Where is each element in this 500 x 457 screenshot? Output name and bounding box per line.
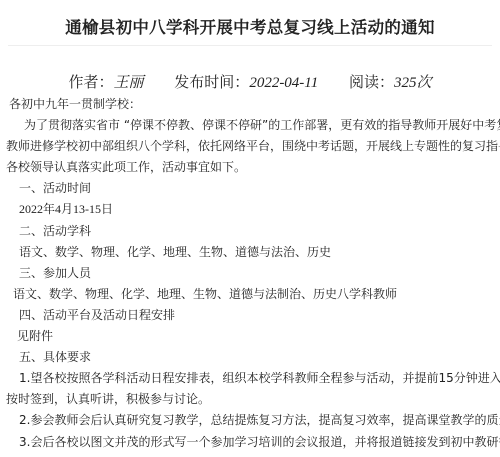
requirement-2: 2.参会教师会后认真研究复习教学，总结提炼复习方法，提高复习效率，提高课堂教学的… bbox=[0, 410, 500, 431]
greeting: 各初中九年一贯制学校： bbox=[0, 94, 500, 115]
section-heading-time: 一、活动时间 bbox=[0, 178, 500, 199]
requirement-1-line: 按时签到，认真听讲，积极参与讨论。 bbox=[0, 389, 500, 410]
section-content-attachment: 见附件 bbox=[0, 326, 500, 347]
article-meta: 作者：王丽 发布时间：2022-04-11 阅读：325次 bbox=[0, 71, 500, 92]
title-divider bbox=[8, 45, 492, 46]
date-label: 发布时间： bbox=[174, 73, 249, 91]
section-content-subjects: 语文、数学、物理、化学、地理、生物、道德与法治、历史 bbox=[0, 242, 500, 263]
article-title: 通榆县初中八学科开展中考总复习线上活动的通知 bbox=[0, 14, 500, 38]
requirement-3: 3.会后各校以图文并茂的形式写一个参加学习培训的会议报道，并将报道链接发到初中教… bbox=[0, 432, 500, 453]
section-heading-participants: 三、参加人员 bbox=[0, 263, 500, 284]
section-heading-requirements: 五、具体要求 bbox=[0, 347, 500, 368]
intro-paragraph-line: 为了贯彻落实省市 “停课不停教、停课不停研”的工作部署，更有效的指导教师开展好中… bbox=[0, 115, 500, 136]
requirement-1-line: 1.望各校按照各学科活动日程安排表，组织本校学科教师全程参与活动，并提前15分钟… bbox=[0, 368, 500, 389]
section-heading-subjects: 二、活动学科 bbox=[0, 221, 500, 242]
read-count: 325次 bbox=[394, 75, 432, 91]
intro-paragraph-line: 教师进修学校初中部组织八个学科，依托网络平台，围绕中考话题，开展线上专题性的复习… bbox=[0, 136, 500, 157]
article-body: 各初中九年一贯制学校： 为了贯彻落实省市 “停课不停教、停课不停研”的工作部署，… bbox=[0, 94, 500, 453]
intro-paragraph-line: 各校领导认真落实此项工作，活动事宜如下。 bbox=[0, 157, 500, 178]
author-label: 作者： bbox=[68, 73, 113, 91]
publish-date: 2022-04-11 bbox=[249, 75, 318, 91]
section-content-participants: 语文、数学、物理、化学、地理、生物、道德与法制治、历史八学科教师 bbox=[0, 284, 500, 305]
section-heading-platform: 四、活动平台及活动日程安排 bbox=[0, 305, 500, 326]
reads-label: 阅读： bbox=[349, 73, 394, 91]
section-content-time: 2022年4月13-15日 bbox=[0, 199, 500, 220]
author-name: 王丽 bbox=[114, 75, 144, 91]
